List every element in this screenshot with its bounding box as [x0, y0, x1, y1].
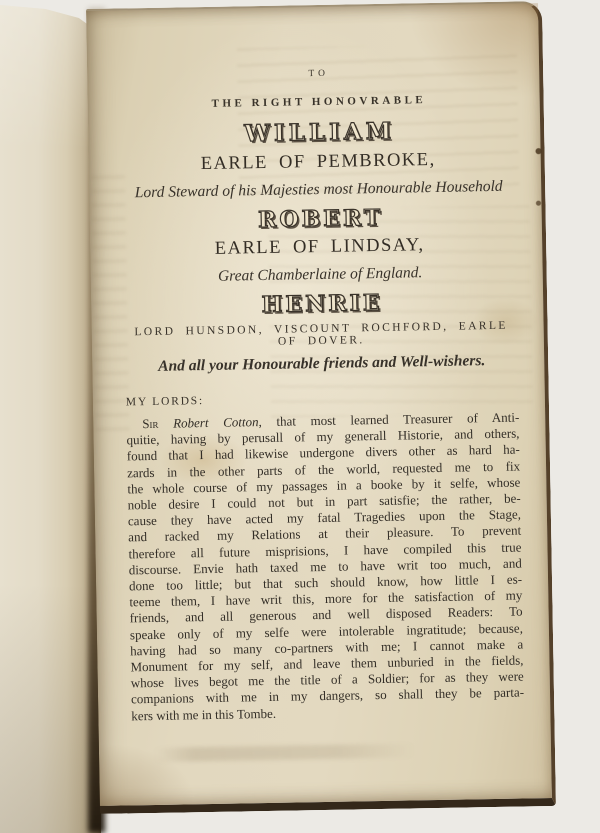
dedication-body: Sir Robert Cotton, that most learned Tre… — [126, 410, 524, 725]
dedicatee-title-hunsdon: LORD HUNSDON, VISCOUNT ROCHFORD, EARLE O… — [125, 320, 518, 351]
showthrough-texture — [154, 743, 416, 762]
dedication-to: TO — [120, 66, 513, 83]
body-line1-robert-cotton: Robert Cotton — [173, 414, 259, 430]
dedication-page-content: TO THE RIGHT HONOVRABLE WILLIAM EARLE OF… — [119, 4, 524, 725]
dedicatee-title-lindsay: EARLE OF LINDSAY, — [123, 234, 516, 262]
book-page: TO THE RIGHT HONOVRABLE WILLIAM EARLE OF… — [86, 1, 556, 814]
corner-browning — [99, 742, 195, 806]
edge-wear-marks — [534, 141, 544, 233]
facing-page-edge — [0, 0, 101, 833]
book-photo-scene: TO THE RIGHT HONOVRABLE WILLIAM EARLE OF… — [0, 0, 600, 833]
dedicatee-name-robert: ROBERT — [123, 203, 516, 234]
salutation-my-lords: MY LORDS: — [126, 390, 519, 409]
dedicatee-name-william: WILLIAM — [121, 117, 514, 150]
dedicatee-name-henrie: HENRIE — [124, 289, 517, 320]
body-line1-sir: Sir — [142, 416, 158, 431]
dedicatee-subtitle-wellwishers: And all your Honourable friends and Well… — [125, 352, 518, 377]
dedicatee-subtitle-lord-steward: Lord Steward of his Majesties most Honou… — [122, 177, 515, 202]
dedicatee-title-pembroke: EARLE OF PEMBROKE, — [122, 148, 515, 176]
dedicatee-subtitle-chamberlaine: Great Chamberlaine of England. — [124, 263, 517, 288]
dedication-honorific: THE RIGHT HONOVRABLE — [121, 93, 514, 112]
